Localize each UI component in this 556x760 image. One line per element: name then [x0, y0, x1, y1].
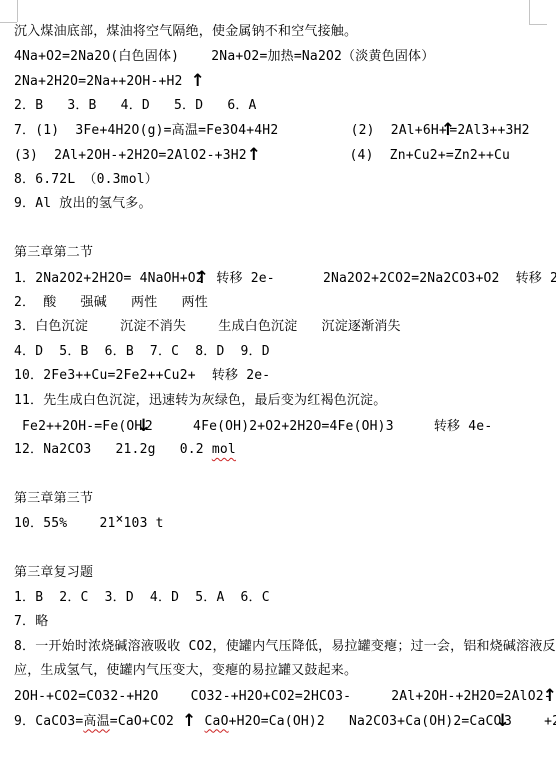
up-arrow-icon: ↑	[191, 71, 205, 91]
text-segment: 10．2Fe3++Cu=2Fe2++Cu2+ 转移 2e-	[14, 368, 270, 383]
answer-line: Fe2++2OH-=Fe(OH↓2 4Fe(OH)2+O2+2H2O=4Fe(O…	[14, 414, 550, 439]
answer-line: 沉入煤油底部，煤油将空气隔绝，使金属钠不和空气接触。	[14, 20, 550, 45]
answer-line: 3．白色沉淀 沉淀不消失 生成白色沉淀 沉淀逐渐消失	[14, 315, 550, 340]
text-segment: =CaO+CO2	[110, 714, 182, 729]
down-arrow-icon: ↓	[136, 416, 150, 436]
section-heading: 第三章复习题	[14, 561, 550, 586]
answer-line: 8．一开始时浓烧碱溶液吸收 CO2，使罐内气压降低，易拉罐变瘪；过一会，铝和烧碱…	[14, 635, 550, 660]
answer-line: 11．先生成白色沉淀，迅速转为灰绿色，最后变为红褐色沉淀。	[14, 389, 550, 414]
text-segment: 3 +2NaOH	[504, 714, 556, 729]
answer-line: 1．2Na2O2+2H2O= 4NaOH+O2↑ 转移 2e- 2Na2O2+2…	[14, 266, 550, 291]
answer-line: 8．6.72L （0.3mol）	[14, 168, 550, 193]
section-heading: 第三章第二节	[14, 241, 550, 266]
answer-line: 2． 酸 强碱 两性 两性	[14, 291, 550, 316]
blank-line	[14, 536, 550, 561]
answer-line: 7．略	[14, 610, 550, 635]
text-segment: 4．D 5．B 6．B 7．C 8．D 9．D	[14, 344, 270, 359]
text-segment: 2． 酸 强碱 两性 两性	[14, 295, 208, 310]
answer-line: (3) 2Al+2OH-+2H2O=2AlO2-+3H2↑ (4) Zn+Cu2…	[14, 143, 550, 168]
answer-line: 9．Al 放出的氢气多。	[14, 192, 550, 217]
section-heading: 第三章第三节	[14, 487, 550, 512]
document-page: 沉入煤油底部，煤油将空气隔绝，使金属钠不和空气接触。4Na+O2=2Na2O(白…	[0, 0, 556, 760]
text-segment: 10．55% 21	[14, 516, 116, 531]
text-segment: 沉入煤油底部，煤油将空气隔绝，使金属钠不和空气接触。	[14, 24, 357, 39]
blank-line	[14, 217, 550, 242]
text-segment: 7．(1) 3Fe+4H2O(g)=高温=Fe3O4+4H2 (2) 2Al+6…	[14, 123, 447, 138]
text-segment: 8．一开始时浓烧碱溶液吸收 CO2，使罐内气压降低，易拉罐变瘪；过一会，铝和烧碱…	[14, 639, 556, 654]
answer-line: 1．B 2．C 3．D 4．D 5．A 6．C	[14, 586, 550, 611]
answer-line: 12．Na2CO3 21.2g 0.2 mol	[14, 438, 550, 463]
text-segment: 2Na+2H2O=2Na++2OH-+H2	[14, 74, 191, 89]
text-segment: =2Al3++3H2	[449, 123, 529, 138]
spellcheck-underlined-text: CaO	[205, 714, 229, 729]
up-arrow-icon: ↑	[441, 120, 455, 140]
text-segment: 2OH-+CO2=CO32-+H2O CO32-+H2O+CO2=2HCO3- …	[14, 689, 552, 704]
answer-line: 10．55% 21×103 t	[14, 512, 550, 537]
answer-line: 7．(1) 3Fe+4H2O(g)=高温=Fe3O4+4H2 (2) 2Al+6…	[14, 118, 550, 143]
text-segment: +H2O=Ca(OH)2 Na2CO3+Ca(OH)2=CaCO	[229, 714, 502, 729]
text-segment: 第三章第二节	[14, 245, 93, 260]
superscript-times-sign: ×	[116, 512, 124, 527]
text-segment	[197, 714, 205, 729]
answer-line: 应，生成氢气，使罐内气压变大，变瘪的易拉罐又鼓起来。	[14, 659, 550, 684]
up-arrow-icon: ↑	[247, 145, 261, 165]
text-segment: 4Na+O2=2Na2O(白色固体) 2Na+O2=加热=Na2O2（淡黄色固体…	[14, 49, 434, 64]
text-segment: 第三章复习题	[14, 565, 93, 580]
blank-line	[14, 463, 550, 488]
text-segment: Fe2++2OH-=Fe(OH	[14, 419, 142, 434]
page-corner-mark-top-left	[17, 0, 18, 22]
up-arrow-icon: ↑	[195, 268, 209, 288]
text-segment: (4) Zn+Cu2+=Zn2++Cu	[261, 148, 510, 163]
document-content: 沉入煤油底部，煤油将空气隔绝，使金属钠不和空气接触。4Na+O2=2Na2O(白…	[14, 20, 550, 733]
text-segment: 11．先生成白色沉淀，迅速转为灰绿色，最后变为红褐色沉淀。	[14, 393, 386, 408]
text-segment: 转移 2e- 2Na2O2+2CO2=2Na2CO3+O2 转移 2e-	[208, 271, 556, 286]
spellcheck-underlined-text: mol	[212, 442, 236, 457]
text-segment: 103 t	[124, 516, 164, 531]
up-arrow-icon: ↑	[182, 711, 196, 731]
text-segment: 9．Al 放出的氢气多。	[14, 196, 152, 211]
text-segment: 8．6.72L （0.3mol）	[14, 172, 158, 187]
spellcheck-underlined-text: 高温	[83, 714, 109, 729]
text-segment: 2 4Fe(OH)2+O2+2H2O=4Fe(OH)3 转移 4e-	[145, 419, 492, 434]
text-segment: 2．B 3．B 4．D 5．D 6．A	[14, 98, 257, 113]
up-arrow-icon: ↑	[543, 686, 556, 706]
text-segment: 12．Na2CO3 21.2g 0.2	[14, 442, 212, 457]
answer-line: 4Na+O2=2Na2O(白色固体) 2Na+O2=加热=Na2O2（淡黄色固体…	[14, 45, 550, 70]
answer-line: 2Na+2H2O=2Na++2OH-+H2 ↑	[14, 69, 550, 94]
text-segment: (3) 2Al+2OH-+2H2O=2AlO2-+3H2	[14, 148, 247, 163]
answer-line: 9．CaCO3=高温=CaO+CO2 ↑ CaO+H2O=Ca(OH)2 Na2…	[14, 709, 550, 734]
answer-line: 4．D 5．B 6．B 7．C 8．D 9．D	[14, 340, 550, 365]
text-segment: 9．CaCO3=	[14, 714, 83, 729]
text-segment: 1．B 2．C 3．D 4．D 5．A 6．C	[14, 590, 270, 605]
text-segment: 应，生成氢气，使罐内气压变大，变瘪的易拉罐又鼓起来。	[14, 663, 357, 678]
down-arrow-icon: ↓	[496, 711, 510, 731]
answer-line: 2OH-+CO2=CO32-+H2O CO32-+H2O+CO2=2HCO3- …	[14, 684, 550, 709]
text-segment: 7．略	[14, 614, 48, 629]
text-segment: 3．白色沉淀 沉淀不消失 生成白色沉淀 沉淀逐渐消失	[14, 319, 401, 334]
text-segment: 1．2Na2O2+2H2O= 4NaOH+O2	[14, 271, 204, 286]
answer-line: 2．B 3．B 4．D 5．D 6．A	[14, 94, 550, 119]
text-segment: 第三章第三节	[14, 491, 93, 506]
answer-line: 10．2Fe3++Cu=2Fe2++Cu2+ 转移 2e-	[14, 364, 550, 389]
